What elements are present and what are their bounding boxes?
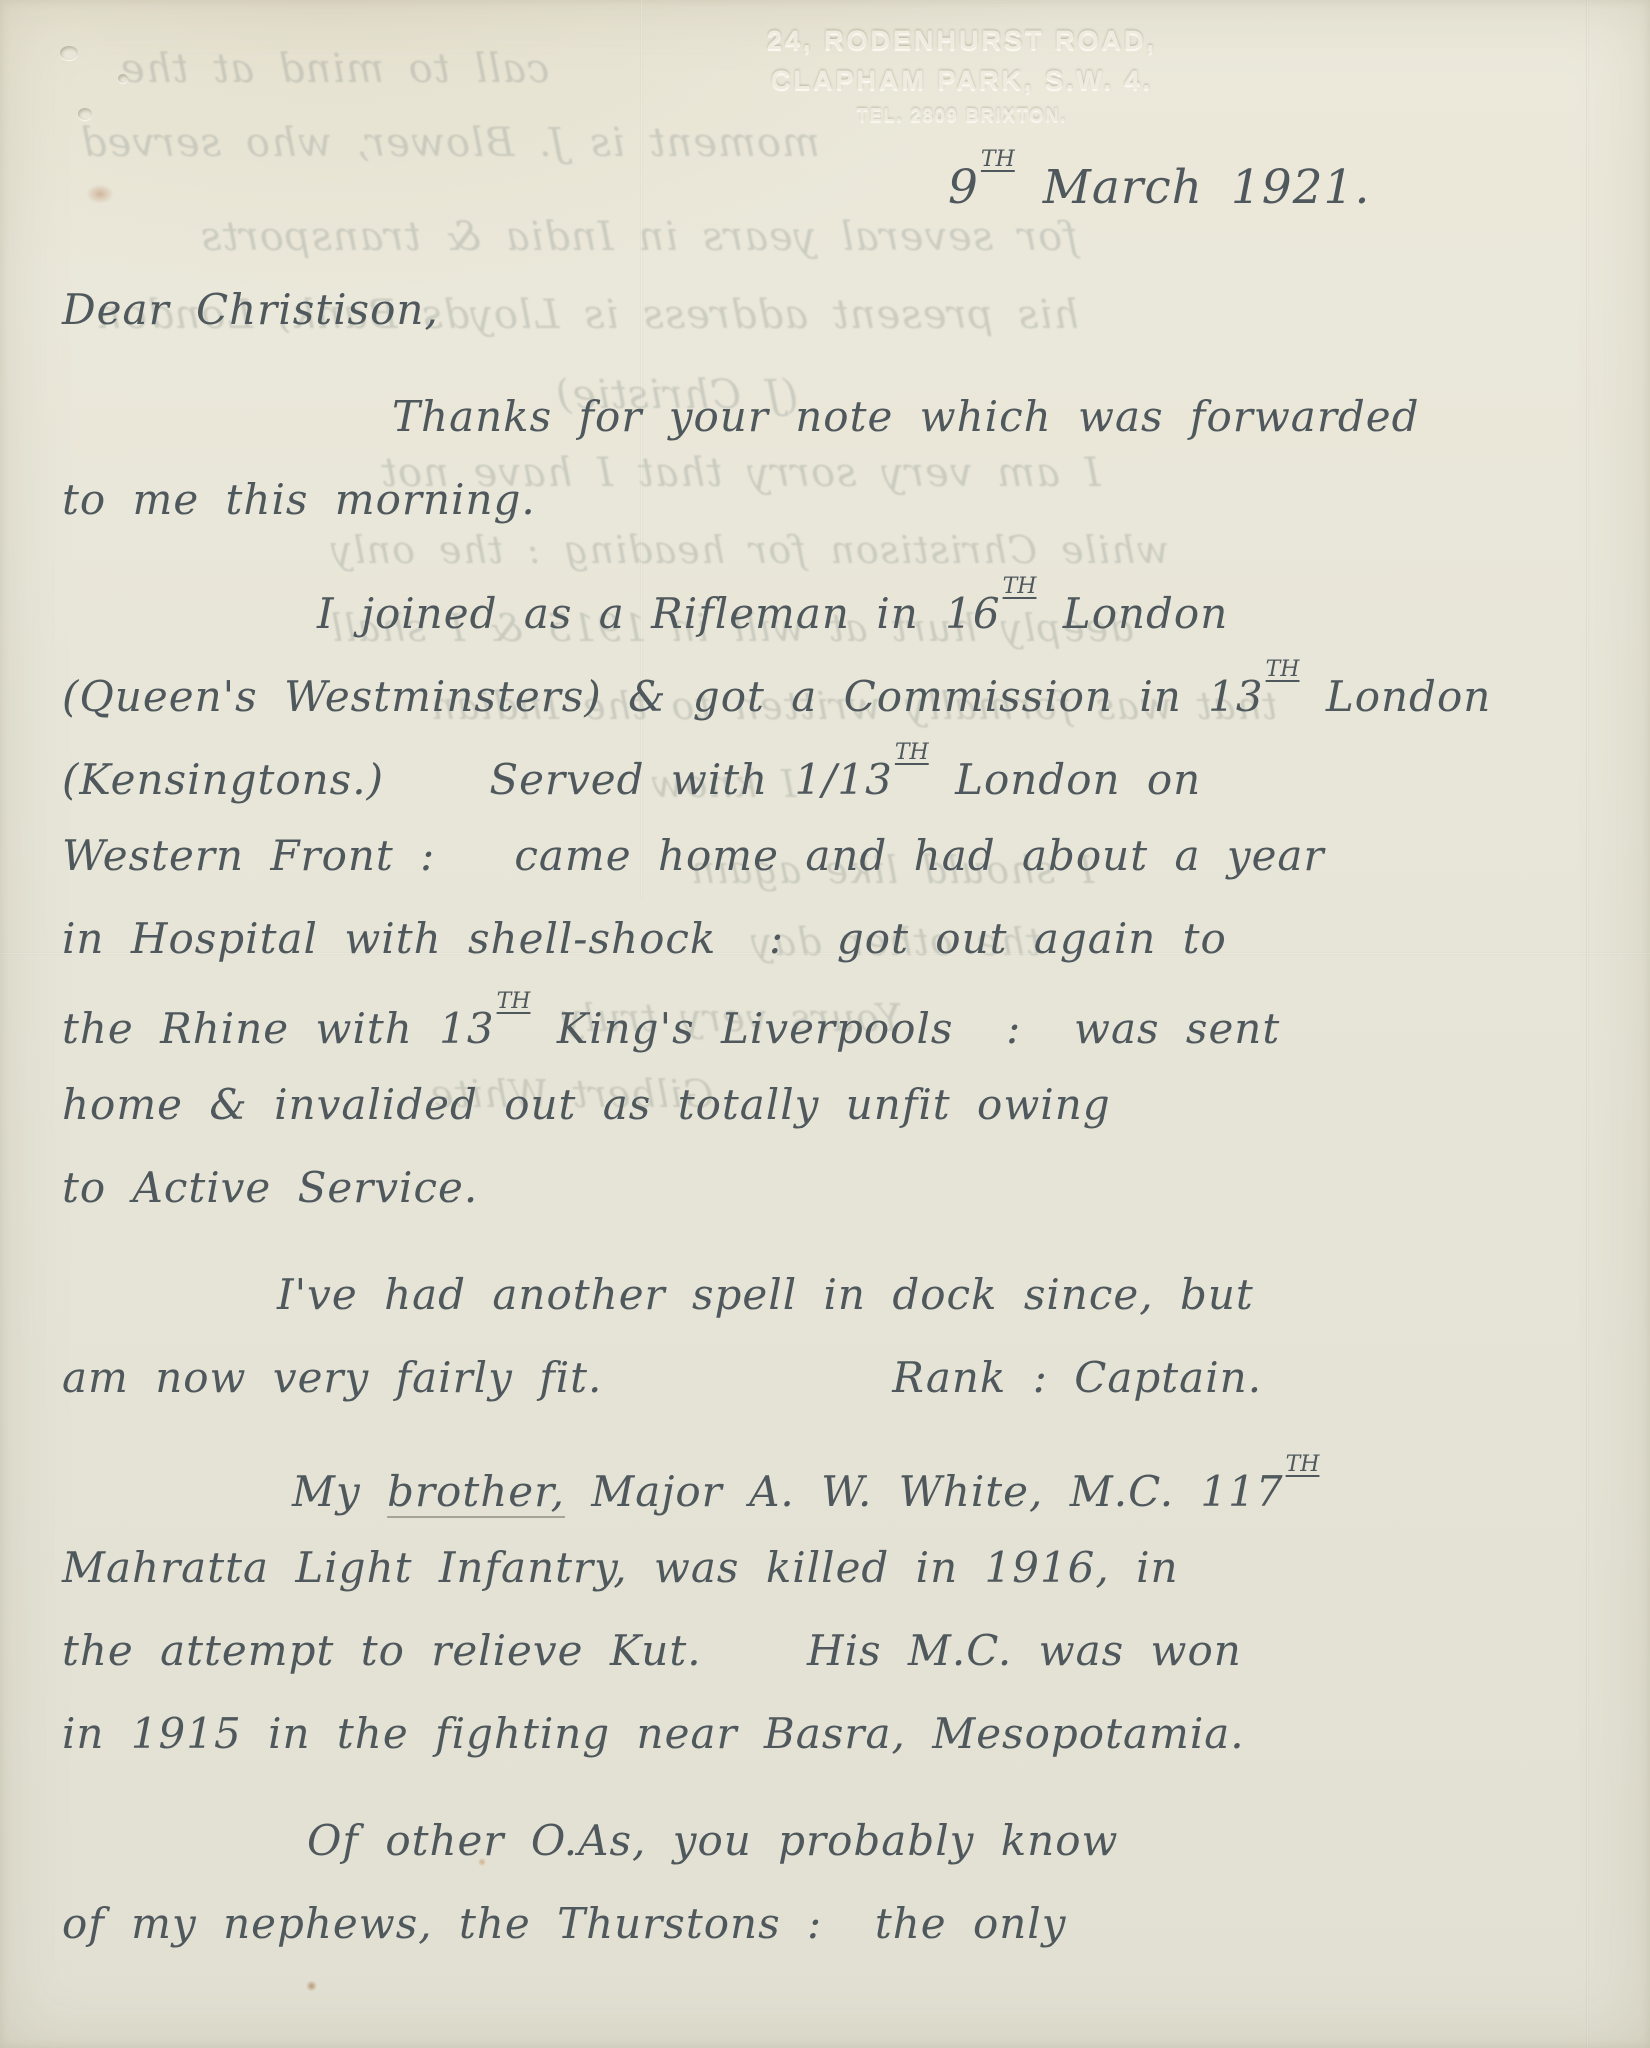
letter-body: Dear Christison,Thanks for your note whi… bbox=[62, 268, 1614, 1965]
letter-line: in Hospital with shell-shock : got out a… bbox=[62, 897, 1614, 980]
letter-line: Of other O.As, you probably know bbox=[307, 1799, 1614, 1882]
paper-puncture-mark bbox=[78, 108, 92, 120]
letter-line: I've had another spell in dock since, bu… bbox=[277, 1253, 1614, 1336]
letter-line: to Active Service. bbox=[62, 1146, 1614, 1229]
letter-line: in 1915 in the fighting near Basra, Meso… bbox=[62, 1692, 1614, 1775]
letter-line: the attempt to relieve Kut. His M.C. was… bbox=[62, 1609, 1614, 1692]
letter-line: Thanks for your note which was forwarded bbox=[392, 375, 1614, 458]
letter-line: am now very fairly fit. Rank : Captain. bbox=[62, 1336, 1614, 1419]
letter-line: home & invalided out as totally unfit ow… bbox=[62, 1063, 1614, 1146]
letter-line: to me this morning. bbox=[62, 458, 1614, 541]
letter-page: call to mind at themoment is J. Blower, … bbox=[0, 0, 1650, 2048]
letter-line: (Queen's Westminsters) & got a Commissio… bbox=[62, 648, 1614, 731]
letter-line: (Kensingtons.) Served with 1/13TH London… bbox=[62, 731, 1614, 814]
letter-line: the Rhine with 13TH King's Liverpools : … bbox=[62, 980, 1614, 1063]
letter-line: Mahratta Light Infantry, was killed in 1… bbox=[62, 1526, 1614, 1609]
letterhead-telephone: TEL. 2809 BRIXTON. bbox=[752, 100, 1172, 130]
bleedthrough-fragment: call to mind at the bbox=[120, 46, 549, 92]
letter-line: Dear Christison, bbox=[62, 268, 1614, 351]
letter-line: of my nephews, the Thurstons : the only bbox=[62, 1882, 1614, 1965]
letter-line: My brother, Major A. W. White, M.C. 117T… bbox=[292, 1443, 1614, 1526]
letter-date: 9TH March 1921. bbox=[948, 160, 1370, 215]
letter-line: Western Front : came home and had about … bbox=[62, 814, 1614, 897]
paper-puncture-mark bbox=[60, 46, 78, 60]
letter-line: I joined as a Rifleman in 16TH London bbox=[317, 565, 1614, 648]
letterhead-address-line2: CLAPHAM PARK, S.W. 4. bbox=[752, 60, 1172, 100]
bleedthrough-fragment: moment is J. Blower, who served bbox=[80, 120, 820, 166]
letterhead-address-line1: 24, RODENHURST ROAD, bbox=[752, 20, 1172, 60]
bleedthrough-fragment: for several years in India & transports bbox=[200, 214, 1078, 260]
embossed-letterhead: 24, RODENHURST ROAD, CLAPHAM PARK, S.W. … bbox=[752, 20, 1172, 130]
paper-puncture-mark bbox=[118, 74, 128, 83]
